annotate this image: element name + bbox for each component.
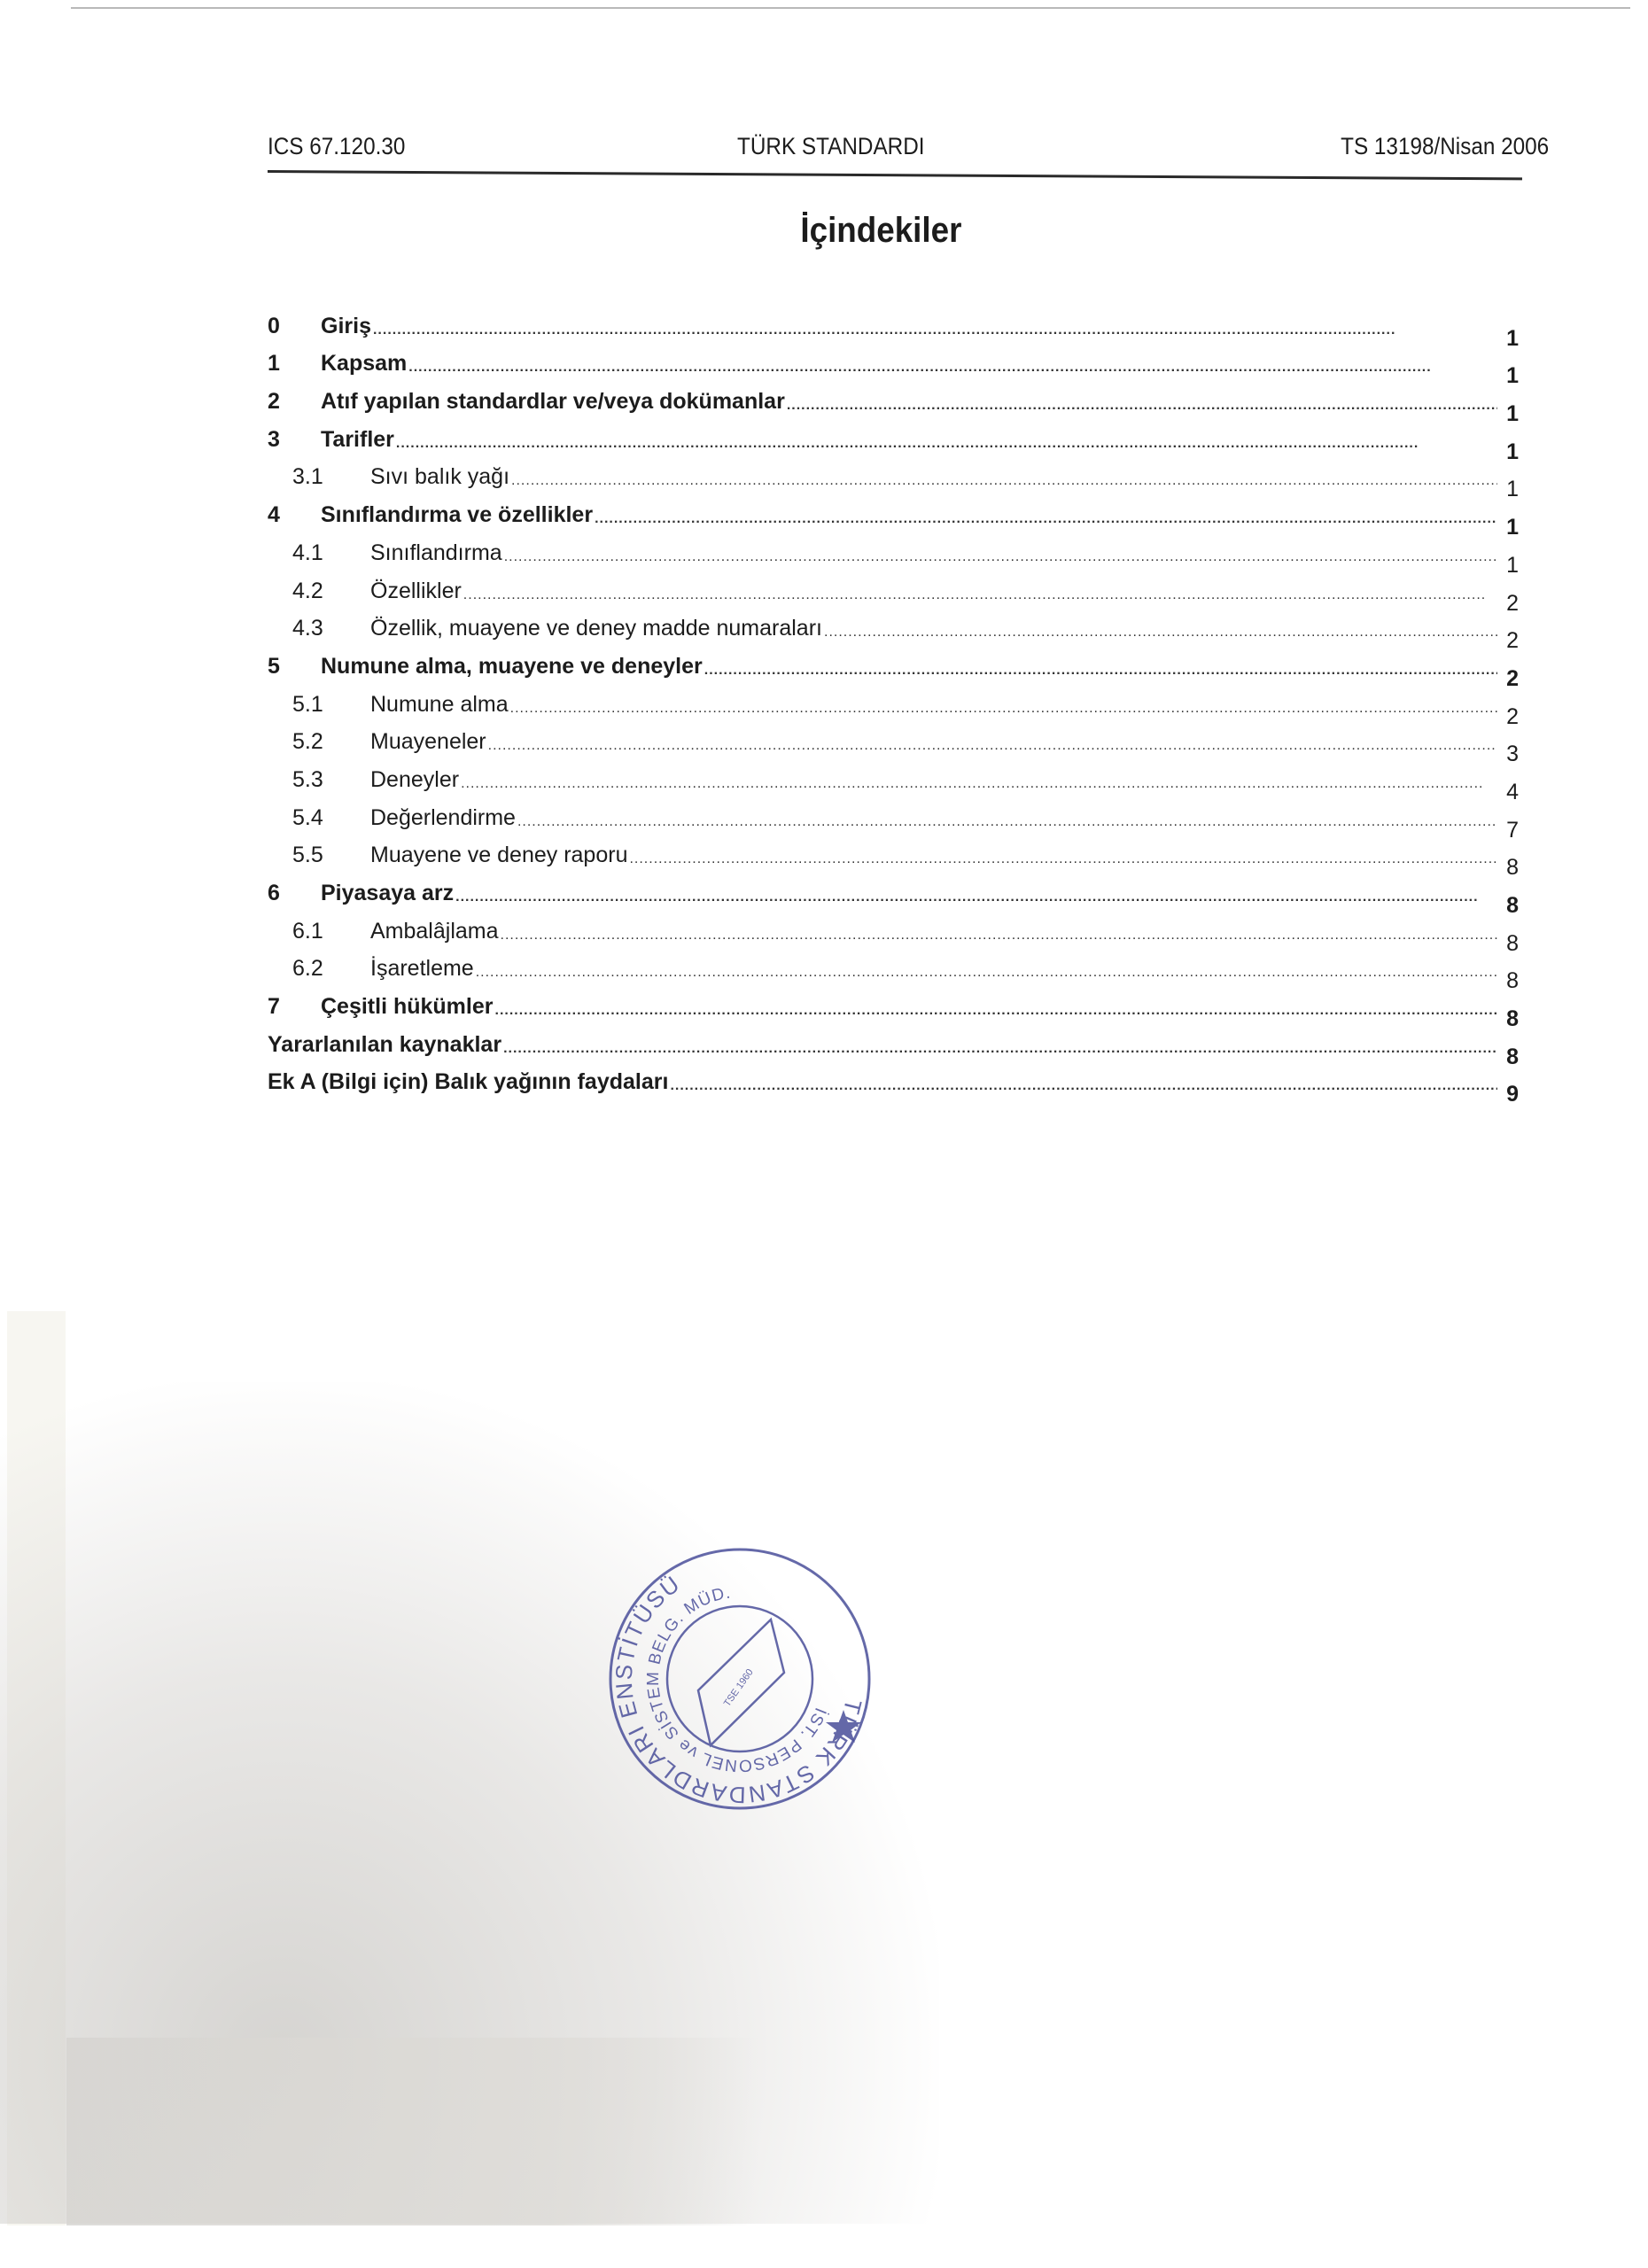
- toc-entry[interactable]: 6Piyasaya arz...........................…: [268, 868, 1519, 906]
- toc-entry-number: 2: [268, 389, 321, 415]
- toc-leader-dots: ........................................…: [495, 1004, 1498, 1018]
- toc-entry[interactable]: 3Tarifler...............................…: [268, 415, 1519, 453]
- official-stamp: TÜRK STANDARDLARI ENSTİTÜSÜ İST. PERSONE…: [602, 1542, 877, 1816]
- toc-entry-number: 6: [268, 881, 321, 906]
- toc-leader-dots: ........................................…: [396, 437, 1497, 451]
- toc-leader-dots: ........................................…: [476, 966, 1497, 980]
- toc-entry-number: 5: [268, 654, 321, 680]
- toc-entry[interactable]: 7Çeşitli hükümler.......................…: [268, 982, 1519, 1020]
- toc-entry-number: 0: [268, 314, 321, 339]
- toc-entry-title: Sınıflandırma ve özellikler: [321, 502, 593, 528]
- toc-leader-dots: ........................................…: [463, 588, 1497, 602]
- toc-entry-title: İşaretleme: [370, 956, 474, 982]
- toc-entry[interactable]: 4Sınıflandırma ve özellikler............…: [268, 490, 1519, 528]
- toc-entry-title: Çeşitli hükümler: [321, 994, 494, 1020]
- toc-entry[interactable]: 5.5Muayene ve deney raporu..............…: [268, 831, 1519, 869]
- toc-entry-title: Sınıflandırma: [370, 540, 502, 566]
- toc-leader-dots: ........................................…: [704, 664, 1497, 678]
- toc-entry[interactable]: 4.3Özellik, muayene ve deney madde numar…: [268, 604, 1519, 642]
- toc-entry[interactable]: 4.1Sınıflandırma........................…: [268, 528, 1519, 566]
- toc-entry-number: 5.5: [268, 843, 370, 868]
- toc-leader-dots: ........................................…: [501, 928, 1497, 943]
- toc-leader-dots: ........................................…: [517, 815, 1497, 829]
- toc-entry[interactable]: 4.2Özellikler...........................…: [268, 566, 1519, 604]
- standard-name: TÜRK STANDARDI: [737, 133, 925, 160]
- toc-entry-title: Ek A (Bilgi için) Balık yağının faydalar…: [268, 1069, 668, 1095]
- toc-leader-dots: ........................................…: [629, 852, 1497, 866]
- toc-leader-dots: ........................................…: [408, 361, 1497, 375]
- toc-entry[interactable]: 1Kapsam.................................…: [268, 339, 1519, 377]
- toc-leader-dots: ........................................…: [504, 550, 1497, 564]
- toc-entry-number: 4.1: [268, 540, 370, 566]
- toc-entry-title: Sıvı balık yağı: [370, 464, 509, 490]
- toc-entry-title: Ambalâjlama: [370, 919, 499, 944]
- toc-entry[interactable]: 5Numune alma, muayene ve deneyler.......…: [268, 641, 1519, 680]
- standard-number-date: TS 13198/Nisan 2006: [1341, 133, 1549, 160]
- toc-leader-dots: ........................................…: [373, 323, 1497, 338]
- toc-leader-dots: ........................................…: [595, 512, 1497, 526]
- toc-entry-number: 3.1: [268, 464, 370, 490]
- toc-entry[interactable]: 0Giriş..................................…: [268, 301, 1519, 339]
- toc-entry[interactable]: Yararlanılan kaynaklar..................…: [268, 1020, 1519, 1058]
- toc-entry[interactable]: 5.4Değerlendirme........................…: [268, 793, 1519, 831]
- toc-entry-title: Muayene ve deney raporu: [370, 843, 627, 868]
- toc-entry-number: 7: [268, 994, 321, 1020]
- toc-entry-page: 9: [1499, 1069, 1519, 1107]
- toc-entry[interactable]: 5.2Muayeneler...........................…: [268, 718, 1519, 756]
- toc-entry-title: Deneyler: [370, 767, 459, 793]
- toc-entry-number: 1: [268, 351, 321, 377]
- toc-entry-title: Değerlendirme: [370, 805, 516, 831]
- toc-leader-dots: ........................................…: [511, 474, 1497, 488]
- toc-entry-title: Kapsam: [321, 351, 407, 377]
- toc-entry-number: 4.2: [268, 579, 370, 604]
- toc-entry-number: 4.3: [268, 616, 370, 641]
- stamp-seal-icon: TÜRK STANDARDLARI ENSTİTÜSÜ İST. PERSONE…: [602, 1542, 877, 1816]
- toc-entry-number: 5.2: [268, 729, 370, 755]
- toc-leader-dots: ........................................…: [824, 625, 1497, 640]
- toc-entry[interactable]: 3.1Sıvı balık yağı......................…: [268, 453, 1519, 491]
- toc-entry-title: Atıf yapılan standardlar ve/veya doküman…: [321, 389, 785, 415]
- toc-leader-dots: ........................................…: [455, 890, 1497, 905]
- svg-text:TSE 1960: TSE 1960: [722, 1667, 756, 1709]
- toc-entry-title: Piyasaya arz: [321, 881, 454, 906]
- toc-entry-title: Tarifler: [321, 427, 394, 453]
- toc-leader-dots: ........................................…: [461, 777, 1497, 791]
- toc-entry-title: Muayeneler: [370, 729, 486, 755]
- toc-entry-title: Yararlanılan kaynaklar: [268, 1032, 501, 1058]
- toc-leader-dots: ........................................…: [510, 702, 1497, 716]
- toc-entry[interactable]: 5.3Deneyler.............................…: [268, 755, 1519, 793]
- toc-entry-number: 4: [268, 502, 321, 528]
- toc-entry[interactable]: 5.1Numune alma..........................…: [268, 680, 1519, 718]
- ics-code: ICS 67.120.30: [268, 133, 405, 160]
- toc-entry-title: Özellik, muayene ve deney madde numarala…: [370, 616, 822, 641]
- toc-leader-dots: ........................................…: [488, 739, 1497, 753]
- toc-entry-title: Numune alma: [370, 692, 509, 718]
- toc-entry-title: Özellikler: [370, 579, 462, 604]
- toc-leader-dots: ........................................…: [503, 1042, 1497, 1056]
- toc-entry-title: Giriş: [321, 314, 371, 339]
- toc-entry-number: 5.1: [268, 692, 370, 718]
- toc-entry-number: 3: [268, 427, 321, 453]
- toc-entry-number: 6.2: [268, 956, 370, 982]
- toc-leader-dots: ........................................…: [670, 1079, 1497, 1093]
- scan-edge-line: [71, 7, 1630, 9]
- toc-entry-number: 5.3: [268, 767, 370, 793]
- scan-shadow-bottom: [66, 2038, 758, 2225]
- toc-entry-number: 5.4: [268, 805, 370, 831]
- table-of-contents: 0Giriş..................................…: [268, 301, 1519, 1095]
- toc-entry[interactable]: Ek A (Bilgi için) Balık yağının faydalar…: [268, 1058, 1519, 1096]
- toc-leader-dots: ........................................…: [787, 399, 1497, 413]
- toc-entry[interactable]: 6.1Ambalâjlama..........................…: [268, 906, 1519, 944]
- toc-entry[interactable]: 2Atıf yapılan standardlar ve/veya doküma…: [268, 377, 1519, 415]
- page-title: İçindekiler: [66, 211, 1582, 251]
- toc-entry-title: Numune alma, muayene ve deneyler: [321, 654, 703, 680]
- toc-entry-number: 6.1: [268, 919, 370, 944]
- toc-entry[interactable]: 6.2İşaretleme...........................…: [268, 944, 1519, 983]
